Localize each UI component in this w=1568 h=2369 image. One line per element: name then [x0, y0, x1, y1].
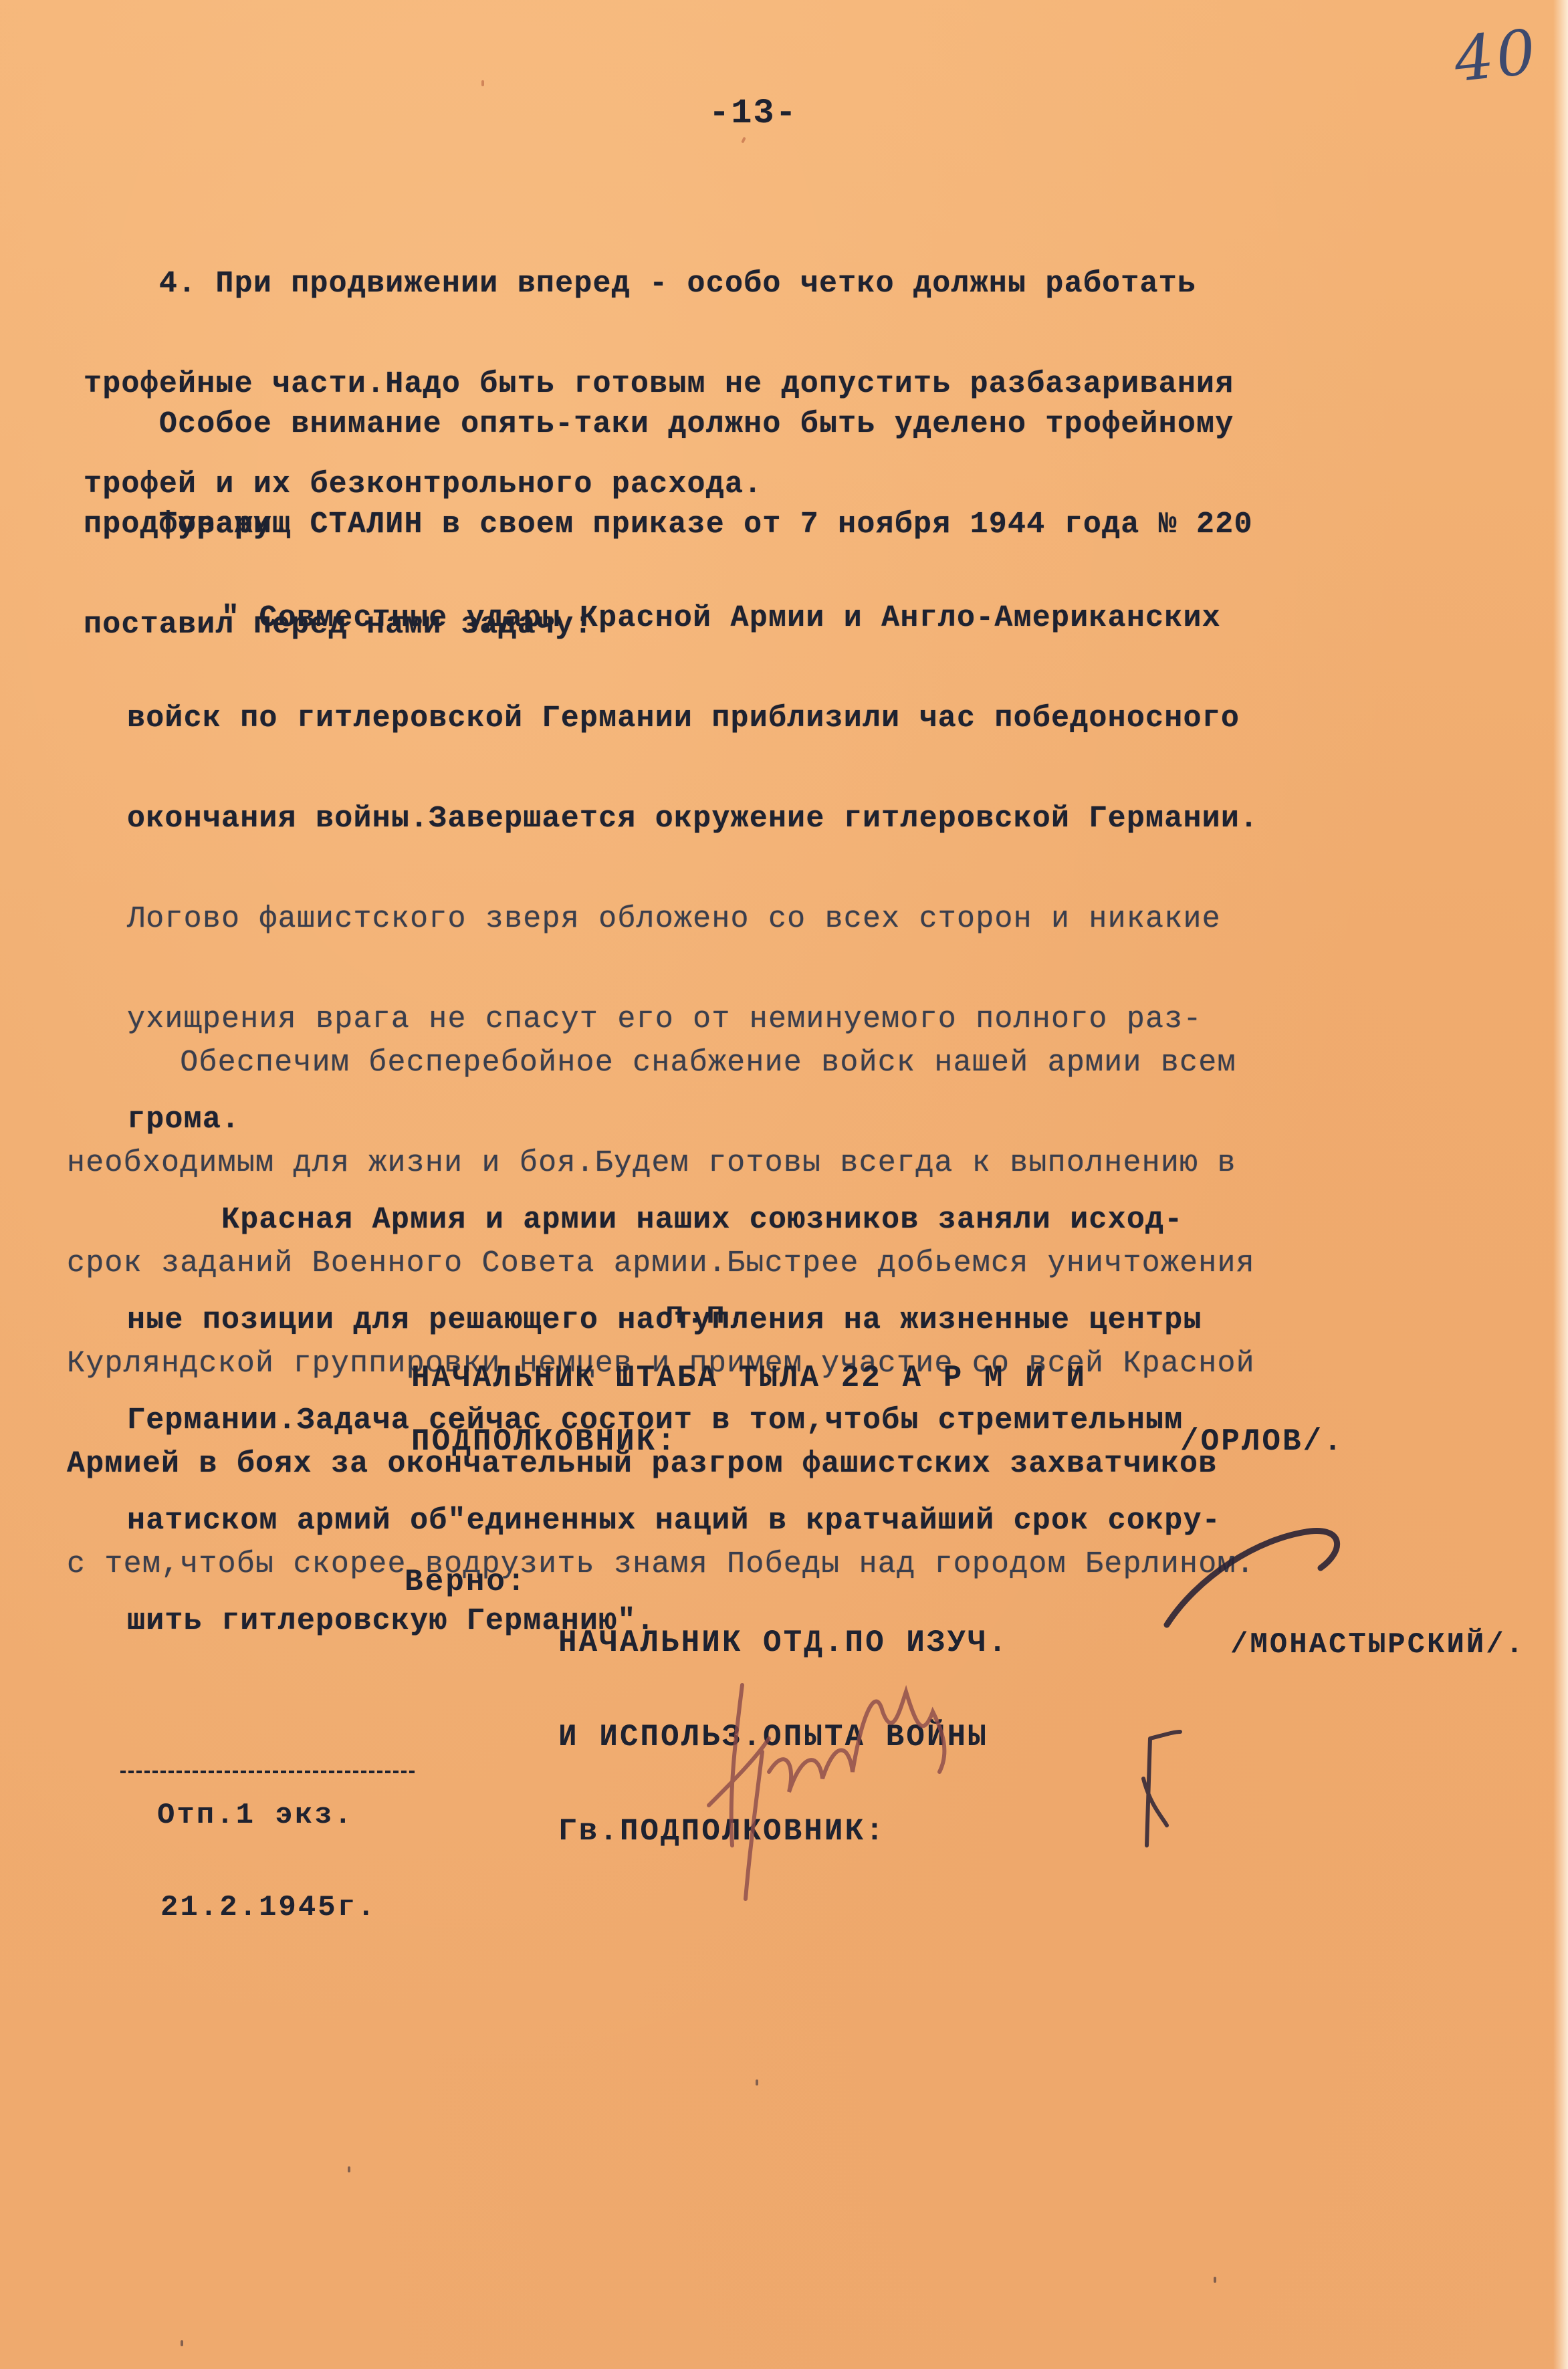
text-line: войск по гитлеровской Германии приблизил…: [127, 702, 1258, 736]
dispatch-rule: [120, 1771, 415, 1773]
signatory-title: НАЧАЛЬНИК ШТАБА ТЫЛА 22 А Р М И И: [411, 1361, 1087, 1395]
copies-count: Отп.1 экз.: [120, 1800, 376, 1831]
paper-speck: [741, 137, 746, 144]
text-line: необходимым для жизни и боя.Будем готовы…: [67, 1147, 1255, 1180]
paragraph-closing-appeal: Обеспечим бесперебойное снабжение войск …: [67, 980, 1255, 1648]
text-line: Обеспечим бесперебойное снабжение войск …: [67, 1046, 1255, 1080]
text-line: Логово фашистского зверя обложено со все…: [127, 903, 1258, 936]
text-line: НАЧАЛЬНИК ОТД.ПО ИЗУЧ.: [558, 1627, 1008, 1659]
text-line: " Совместные удары Красной Армии и Англо…: [127, 602, 1258, 635]
document-page: 40 -13- 4. При продвижении вперед - особ…: [0, 0, 1568, 2369]
text-line: срок заданий Военного Совета армии.Быстр…: [67, 1247, 1255, 1280]
dispatch-note: Отп.1 экз. 21.2.1945г.: [120, 1738, 376, 1985]
text-line: 4. При продвижении вперед - особо четко …: [84, 267, 1234, 301]
certifier-title: НАЧАЛЬНИК ОТД.ПО ИЗУЧ. И ИСПОЛЬЗ.ОПЫТА В…: [558, 1565, 1008, 1910]
paper-speck: [348, 2166, 350, 2172]
certifier-name: /МОНАСТЫРСКИЙ/.: [1230, 1628, 1525, 1662]
signatory-name: /ОРЛОВ/.: [1180, 1424, 1344, 1459]
paper-speck: [181, 2340, 183, 2346]
page-number: -13-: [709, 94, 798, 133]
text-line: Гв.ПОДПОЛКОВНИК:: [558, 1816, 1008, 1847]
per-procurationem-mark: п.п.: [665, 1297, 747, 1332]
page-edge: [1553, 0, 1568, 2369]
paper-speck: [756, 2079, 758, 2085]
text-line: И ИСПОЛЬЗ.ОПЫТА ВОЙНЫ: [558, 1722, 1008, 1753]
text-line: окончания войны.Завершается окружение ги…: [127, 802, 1258, 836]
dispatch-date: 21.2.1945г.: [120, 1892, 376, 1923]
handwritten-folio-number: 40: [1451, 16, 1542, 96]
paper-speck: [1214, 2277, 1216, 2283]
signatory-rank: ПОДПОЛКОВНИК:: [411, 1424, 677, 1459]
paper-speck: [481, 80, 484, 86]
text-line: Особое внимание опять-таки должно быть у…: [84, 408, 1234, 441]
certification-label: Верно:: [405, 1565, 528, 1599]
